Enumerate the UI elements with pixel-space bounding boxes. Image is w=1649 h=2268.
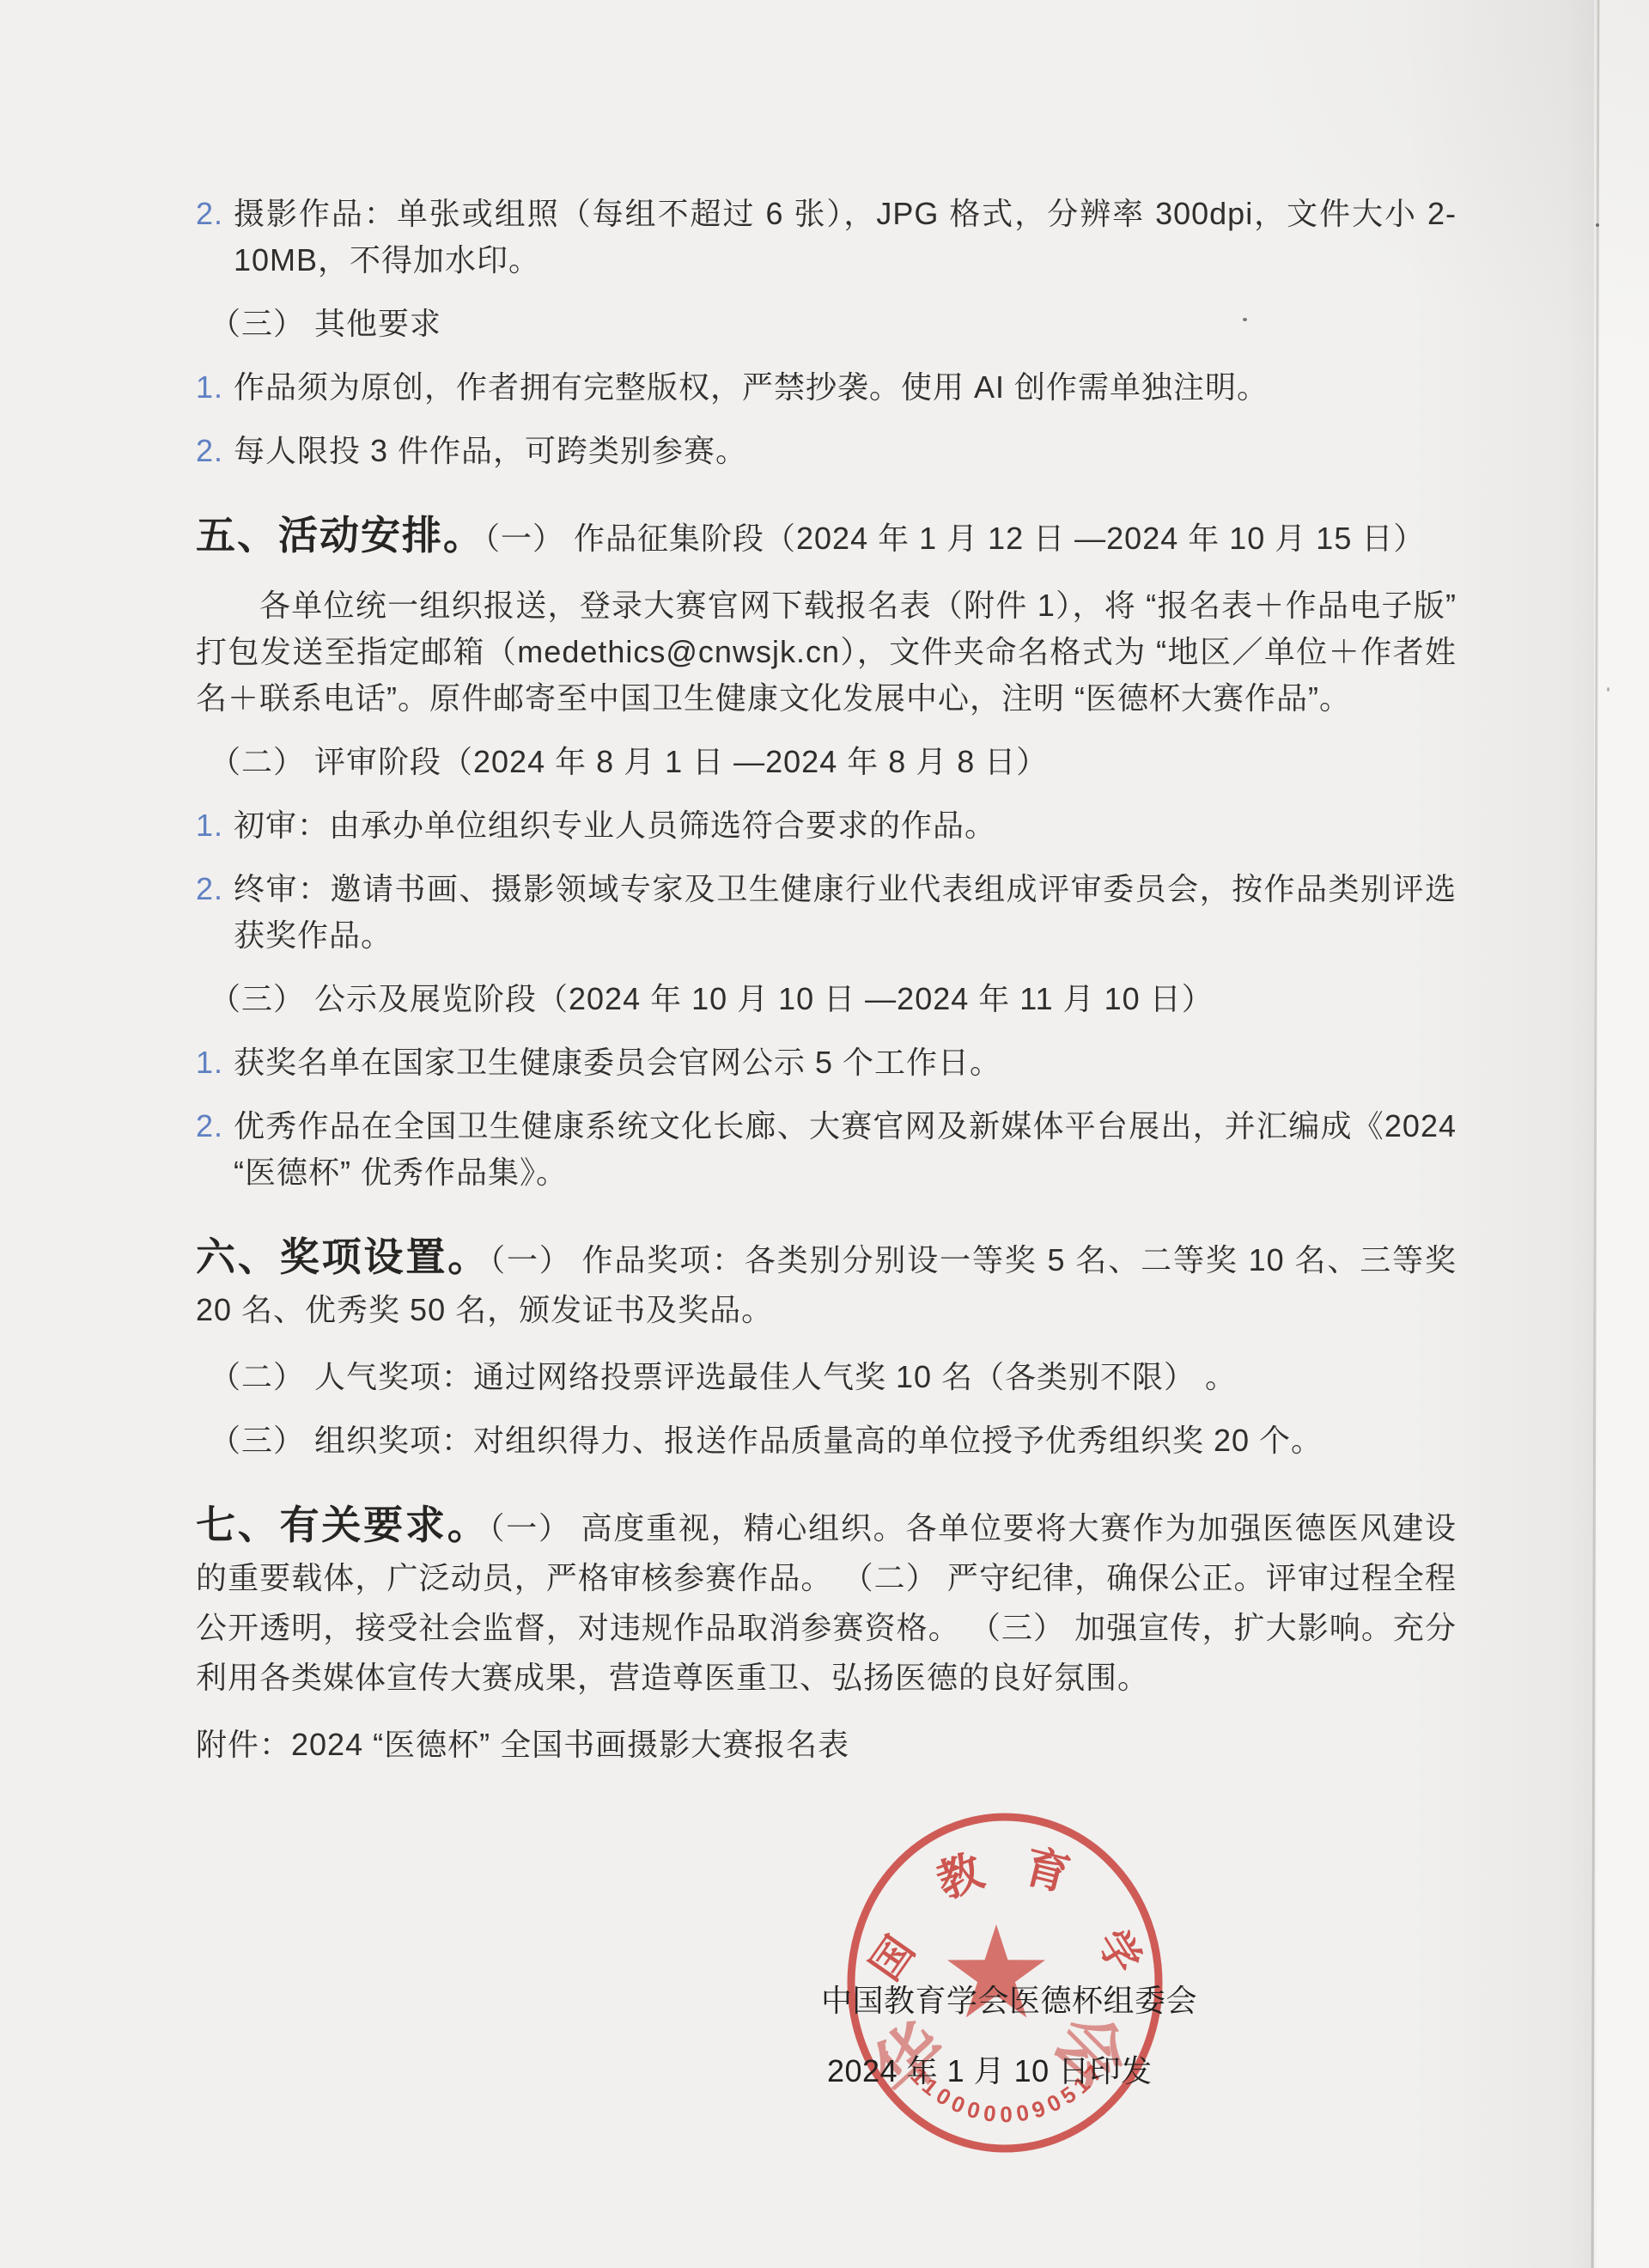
seal-arc-char: 教 xyxy=(931,1846,991,1909)
seal-arc-char: 育 xyxy=(1019,1842,1075,1901)
list-item-text: 初审：由承办单位组织专业人员筛选符合要求的作品。 xyxy=(234,802,1457,849)
section-7-heading: 七、有关要求。（一） 高度重视，精心组织。各单位要将大赛作为加强医德医风建设的重… xyxy=(196,1500,1457,1703)
scanned-document-page: 2. 摄影作品：单张或组照（每组不超过 6 张），JPG 格式，分辨率 300d… xyxy=(0,0,1649,2268)
section-5-title: 五、活动安排。 xyxy=(196,513,484,558)
scan-speck xyxy=(1607,687,1609,692)
list-item-initial-review: 1. 初审：由承办单位组织专业人员筛选符合要求的作品。 xyxy=(196,802,1457,849)
list-item-photo-works: 2. 摄影作品：单张或组照（每组不超过 6 张），JPG 格式，分辨率 300d… xyxy=(196,191,1457,283)
section-7-title: 七、有关要求。 xyxy=(196,1503,489,1547)
section-5-stage1: （一） 作品征集阶段（2024 年 1 月 12 日 —2024 年 10 月 … xyxy=(484,521,1425,556)
document-body: 2. 摄影作品：单张或组照（每组不超过 6 张），JPG 格式，分辨率 300d… xyxy=(196,191,1457,1785)
list-number: 2. xyxy=(196,428,234,474)
list-item-exhibition: 2. 优秀作品在全国卫生健康系统文化长廊、大赛官网及新媒体平台展出，并汇编成《2… xyxy=(196,1103,1457,1196)
list-item-final-review: 2. 终审：邀请书画、摄影领域专家及卫生健康行业代表组成评审委员会，按作品类别评… xyxy=(196,866,1457,959)
subheading-publicity-stage: （三） 公示及展览阶段（2024 年 10 月 10 日 —2024 年 11 … xyxy=(196,976,1457,1022)
subheading-popularity-award: （二） 人气奖项：通过网络投票评选最佳人气奖 10 名（各类别不限） 。 xyxy=(196,1354,1457,1400)
list-item-originality: 1. 作品须为原创，作者拥有完整版权，严禁抄袭。使用 AI 创作需单独注明。 xyxy=(196,364,1457,411)
scan-speck xyxy=(1596,223,1599,227)
scan-speck xyxy=(1243,318,1247,321)
list-item-text: 作品须为原创，作者拥有完整版权，严禁抄袭。使用 AI 创作需单独注明。 xyxy=(234,364,1457,411)
list-item-entry-limit: 2. 每人限投 3 件作品，可跨类别参赛。 xyxy=(196,428,1457,474)
scan-crease-line xyxy=(1591,0,1600,2268)
list-number: 2. xyxy=(196,866,234,959)
list-item-publicity: 1. 获奖名单在国家卫生健康委员会官网公示 5 个工作日。 xyxy=(196,1039,1457,1086)
subheading-organization-award: （三） 组织奖项：对组织得力、报送作品质量高的单位授予优秀组织奖 20 个。 xyxy=(196,1417,1457,1464)
attachment-line: 附件：2024 “医德杯” 全国书画摄影大赛报名表 xyxy=(196,1722,1457,1768)
list-item-text: 摄影作品：单张或组照（每组不超过 6 张），JPG 格式，分辨率 300dpi，… xyxy=(234,191,1457,283)
section-5-heading: 五、活动安排。（一） 作品征集阶段（2024 年 1 月 12 日 —2024 … xyxy=(196,510,1457,564)
signature-issue-date: 2024 年 1 月 10 日印发 xyxy=(827,2047,1153,2091)
subheading-review-stage: （二） 评审阶段（2024 年 8 月 1 日 —2024 年 8 月 8 日） xyxy=(196,739,1457,785)
list-item-text: 优秀作品在全国卫生健康系统文化长廊、大赛官网及新媒体平台展出，并汇编成《2024… xyxy=(234,1103,1457,1196)
signature-organization: 中国教育学会医德杯组委会 xyxy=(821,1977,1197,2021)
seal-arc-char: 学 xyxy=(1088,1923,1148,1982)
list-item-text: 终审：邀请书画、摄影领域专家及卫生健康行业代表组成评审委员会，按作品类别评选获奖… xyxy=(234,866,1457,959)
subheading-other-requirements: （三） 其他要求 xyxy=(196,301,1457,347)
list-number: 2. xyxy=(196,1103,234,1196)
section-6-heading: 六、奖项设置。（一） 作品奖项：各类别分别设一等奖 5 名、二等奖 10 名、三… xyxy=(196,1232,1457,1335)
paragraph-submission: 各单位统一组织报送，登录大赛官网下载报名表（附件 1），将 “报名表＋作品电子版… xyxy=(196,582,1457,722)
list-item-text: 获奖名单在国家卫生健康委员会官网公示 5 个工作日。 xyxy=(234,1039,1457,1086)
section-6-title: 六、奖项设置。 xyxy=(196,1235,490,1279)
list-item-text: 每人限投 3 件作品，可跨类别参赛。 xyxy=(234,428,1457,474)
list-number: 1. xyxy=(196,1039,234,1086)
scan-edge-margin xyxy=(1597,0,1649,2268)
list-number: 1. xyxy=(196,364,234,411)
list-number: 1. xyxy=(196,802,234,849)
list-number: 2. xyxy=(196,191,234,283)
